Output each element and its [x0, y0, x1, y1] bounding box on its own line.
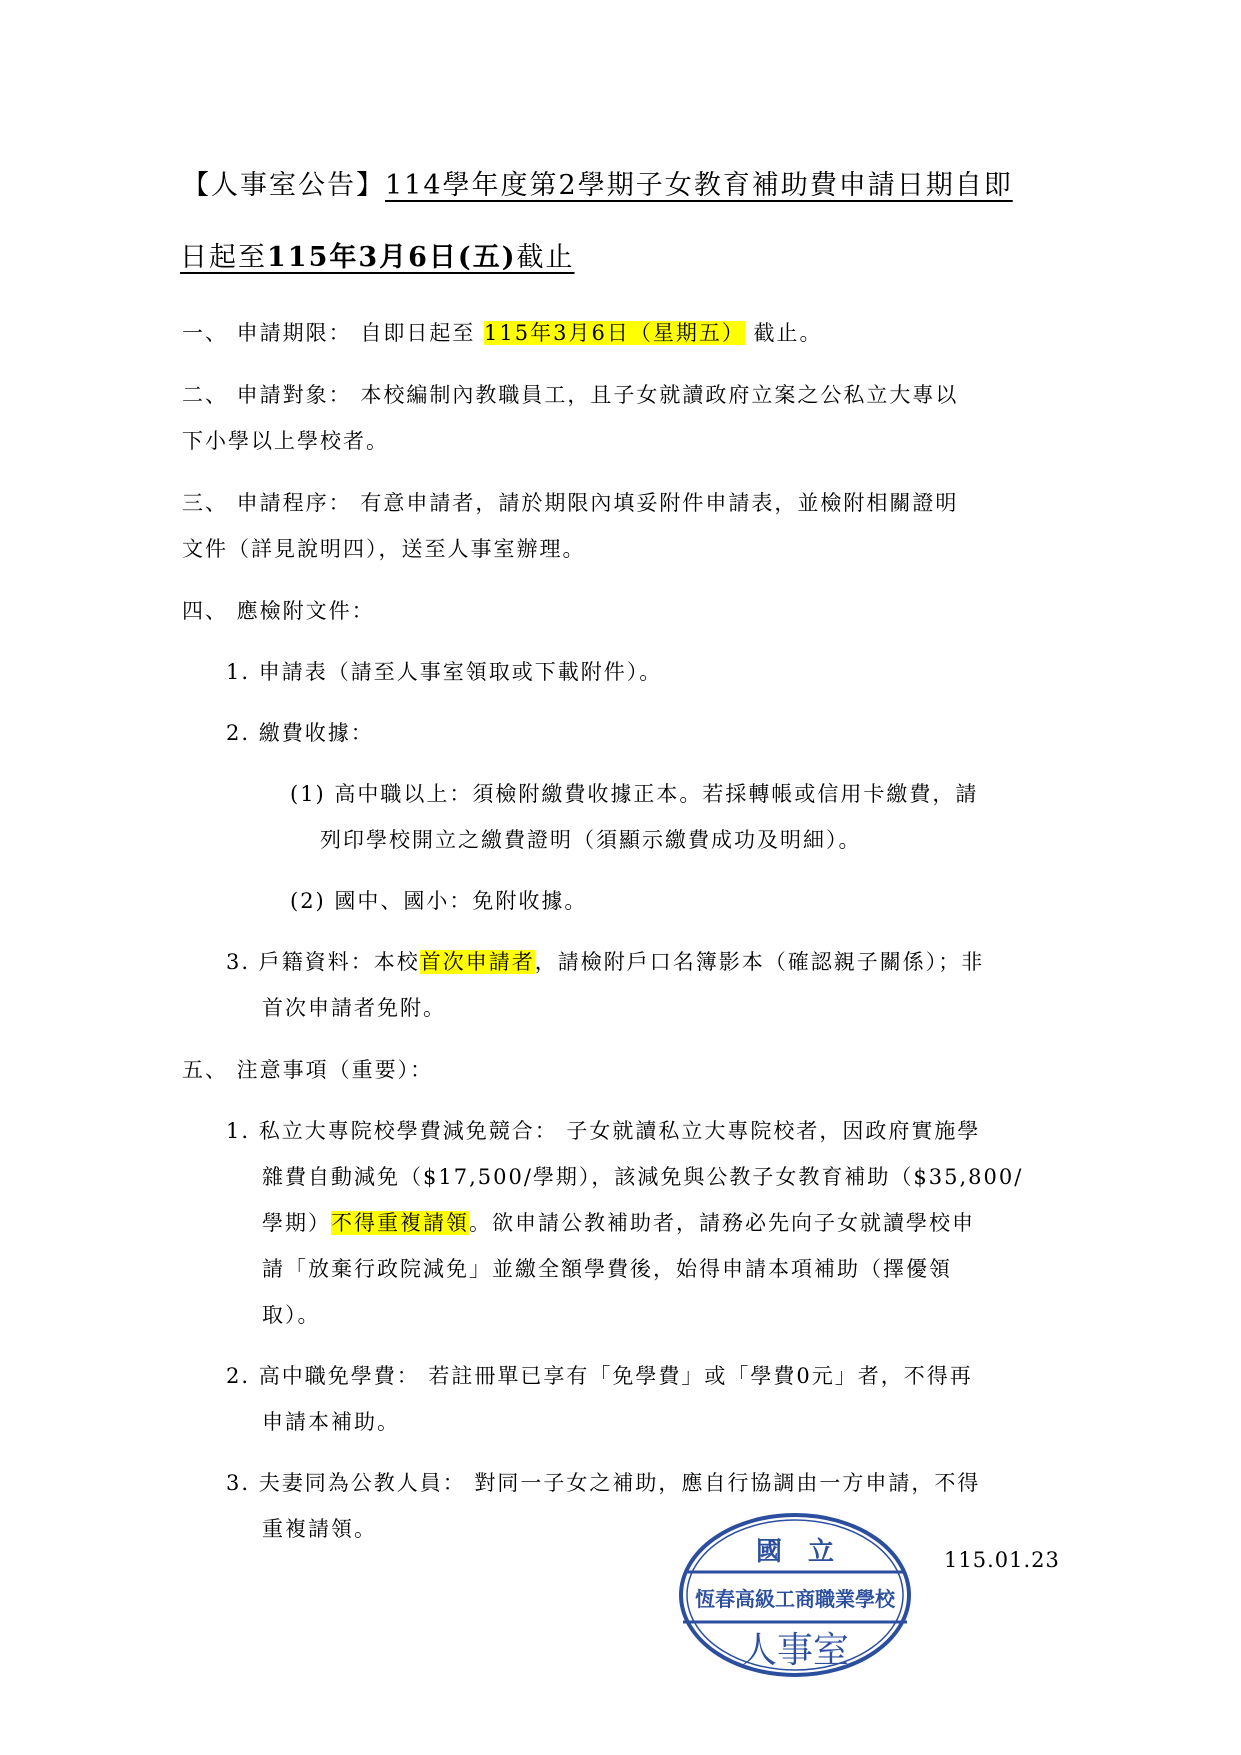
section-5-item-3: 3. 夫妻同為公教人員： 對同一子女之補助，應自行協調由一方申請，不得	[226, 1468, 980, 1498]
no-duplicate-highlight: 不得重複請領	[331, 1211, 469, 1235]
title-line2-a: 日起至	[180, 242, 267, 273]
section-4-item-3: 3. 戶籍資料：本校首次申請者，請檢附戶口名簿影本（確認親子關係）；非	[226, 947, 984, 977]
section-4-item-1: 1. 申請表（請至人事室領取或下載附件）。	[226, 657, 662, 687]
item1-line3-pre: 學期）	[262, 1211, 331, 1235]
section-2-cont: 下小學以上學校者。	[182, 426, 389, 456]
section-5-item-3-line2: 重複請領。	[262, 1514, 377, 1544]
section-5-item-1-line3: 學期）不得重複請領。欲申請公教補助者，請務必先向子女就讀學校申	[262, 1208, 975, 1238]
svg-text:恆春高級工商職業學校: 恆春高級工商職業學校	[695, 1587, 896, 1611]
item1-line3-post: 。欲申請公教補助者，請務必先向子女就讀學校申	[469, 1211, 975, 1235]
title-main: 114學年度第2學期子女教育補助費申請日期自即	[385, 170, 1013, 201]
section-3-label: 三、 申請程序：	[182, 491, 352, 515]
office-seal-stamp: 國 立 恆春高級工商職業學校 人事室	[675, 1510, 915, 1680]
section-5-item-2: 2. 高中職免學費： 若註冊單已享有「免學費」或「學費0元」者，不得再	[226, 1361, 973, 1391]
section-2: 二、 申請對象： 本校編制內教職員工，且子女就讀政府立案之公私立大專以	[182, 380, 958, 410]
page-title-line1: 【人事室公告】114學年度第2學期子女教育補助費申請日期自即	[182, 168, 1013, 204]
item-3-post: ，請檢附戶口名簿影本（確認親子關係）；非	[535, 950, 985, 974]
section-5-label: 五、 注意事項（重要）：	[182, 1055, 433, 1085]
section-3-text: 有意申請者，請於期限內填妥附件申請表，並檢附相關證明	[352, 491, 959, 515]
page-title-line2: 日起至115年3月6日(五)截止	[180, 240, 574, 276]
section-5-item-1-line2: 雜費自動減免（$17,500/學期），該減免與公教子女教育補助（$35,800/	[262, 1162, 1023, 1192]
title-line2-c: 截止	[516, 242, 574, 273]
deadline-highlight: 115年3月6日（星期五）	[484, 321, 745, 345]
section-4-label: 四、 應檢附文件：	[182, 596, 375, 626]
section-2-text: 本校編制內教職員工，且子女就讀政府立案之公私立大專以	[352, 383, 959, 407]
section-1-text: 自即日起至	[352, 321, 484, 345]
svg-text:國 立: 國 立	[756, 1537, 834, 1567]
section-2-label: 二、 申請對象：	[182, 383, 352, 407]
section-5-item-1-line5: 取）。	[262, 1300, 321, 1330]
first-time-highlight: 首次申請者	[420, 950, 535, 974]
section-4-sub-2: (2) 國中、國小：免附收據。	[290, 886, 587, 916]
section-5-item-2-line2: 申請本補助。	[262, 1407, 400, 1437]
section-1-label: 一、 申請期限：	[182, 321, 352, 345]
seal-icon: 國 立 恆春高級工商職業學校 人事室	[675, 1510, 915, 1680]
section-4-sub-1: (1) 高中職以上：須檢附繳費收據正本。若採轉帳或信用卡繳費，請	[290, 779, 978, 809]
section-1: 一、 申請期限： 自即日起至 115年3月6日（星期五） 截止。	[182, 318, 823, 348]
title-deadline: 115年3月6日(五)	[267, 242, 516, 273]
section-5-item-1-line4: 請「放棄行政院減免」並繳全額學費後，始得申請本項補助（擇優領	[262, 1254, 952, 1284]
section-4-sub-1-cont: 列印學校開立之繳費證明（須顯示繳費成功及明細）。	[320, 825, 862, 855]
announcement-date: 115.01.23	[944, 1548, 1060, 1572]
section-1-post: 截止。	[745, 321, 823, 345]
section-3-cont: 文件（詳見說明四），送至人事室辦理。	[182, 534, 586, 564]
section-3: 三、 申請程序： 有意申請者，請於期限內填妥附件申請表，並檢附相關證明	[182, 488, 958, 518]
item-3-pre: 3. 戶籍資料：本校	[226, 950, 420, 974]
svg-text:人事室: 人事室	[741, 1630, 849, 1671]
section-4-item-3-cont: 首次申請者免附。	[262, 993, 446, 1023]
title-prefix: 【人事室公告】	[182, 170, 385, 201]
section-5-item-1: 1. 私立大專院校學費減免競合： 子女就讀私立大專院校者，因政府實施學	[226, 1116, 980, 1146]
section-4-item-2: 2. 繳費收據：	[226, 718, 374, 748]
